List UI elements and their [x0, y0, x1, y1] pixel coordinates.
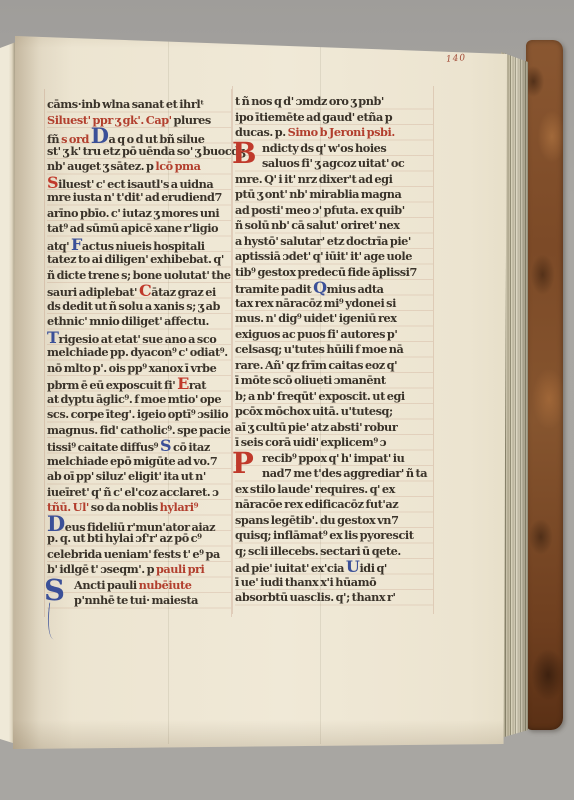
- text-segment: cāms·inb wlna sanat et ihrlᵗ: [47, 97, 204, 111]
- text-segment: ipo ītiemēte ad gaud' etña p: [235, 110, 392, 124]
- text-segment: ptū ʒ ont' nb' mirablia magna: [235, 187, 401, 201]
- text-line: ad posti' meo ɔ' pfuta. ex quib': [235, 203, 433, 219]
- text-segment: scs. corpe īteg'. igeio optī⁹ ɔsilio: [47, 407, 228, 421]
- text-line: a hystō' salutar' etz doctrīa pie': [235, 234, 433, 250]
- text-column-right: t ñ nos q d' ɔmdz oro ʒ pnb'ipo ītiemēte…: [235, 94, 433, 606]
- text-segment: arīno pbīo. c' iutaz ʒ mores uni: [47, 206, 219, 220]
- text-segment: exiguos ac puos fi' autores p': [235, 327, 397, 341]
- text-segment: tib⁹ gestox predecū fide āplissi7: [235, 265, 417, 279]
- text-line: mre iusta n' t'dit' ad erudiend7: [47, 190, 231, 206]
- text-line: nō mlto p'. ois pp⁹ xanox ī vrbe: [47, 361, 231, 377]
- text-segment: ad pie' iuitat' ex'cia: [235, 561, 346, 575]
- inline-initial: S: [160, 436, 171, 455]
- leather-cover-board: [526, 40, 563, 730]
- text-line: Precib⁹ ppox q' h' impat' iu: [235, 451, 433, 467]
- text-segment: absorbtū uasclis. q'; thanx r': [235, 590, 396, 604]
- inline-initial: E: [177, 374, 189, 393]
- text-column-left: cāms·inb wlna sanat et ihrlᵗSiluest' ppr…: [47, 97, 231, 609]
- text-line: b; a nb' freqūt' exposcit. ut egi: [235, 389, 433, 405]
- text-segment: Siluest' ppr ʒ gk'. Cap': [47, 113, 172, 127]
- text-line: ex stilo laude' requires. q' ex: [235, 482, 433, 498]
- text-segment: pbrm ē eū exposcuit fi': [47, 378, 177, 392]
- text-segment: ab oī pp' siluz' eligit' ita ut n': [47, 469, 206, 483]
- text-segment: aī ʒ cultū pie' atz absti' robur: [235, 420, 397, 434]
- text-line: tñū. Ul' so da noblis hylari⁹: [47, 500, 231, 516]
- text-line: st' ʒ k' tru etz pō uēnda so' ʒ buocdʒ: [47, 144, 231, 160]
- text-line: b' idlgē t' ɔseqm'. p pauli pri: [47, 562, 231, 578]
- text-line: nb' auget ʒ sātez. p lcō pma: [47, 159, 231, 175]
- text-segment: st' ʒ k' tru etz pō uēnda so' ʒ buocdʒ: [47, 144, 245, 158]
- text-segment: tissi⁹ caitate diffus⁹: [47, 440, 160, 454]
- inline-initial: Q: [313, 278, 327, 297]
- text-segment: p. q. ut bti hylai ɔf'r' az pō c⁹: [47, 531, 202, 545]
- text-segment: quisq; inflāmat⁹ ex lis pyorescit: [235, 528, 413, 542]
- text-segment: spans legētib'. du gestox vn7: [235, 513, 399, 527]
- text-segment: mre iusta n' t'dit' ad erudiend7: [47, 190, 222, 204]
- text-line: spans legētib'. du gestox vn7: [235, 513, 433, 529]
- text-segment: melchiade epō migūte ad vo.7: [47, 454, 217, 468]
- text-line: magnus. fid' catholic⁹. spe pacie: [47, 423, 231, 439]
- text-segment: at dyptu āglic⁹. f moe mtio' ope: [47, 392, 221, 406]
- text-segment: ex stilo laude' requires. q' ex: [235, 482, 395, 496]
- text-line: saluos fi' ʒ agcoz uitat' oc: [235, 156, 433, 172]
- text-segment: tatez to ai diligen' exhibebat. q': [47, 252, 224, 266]
- text-line: aī ʒ cultū pie' atz absti' robur: [235, 420, 433, 436]
- text-segment: pcōx mōchox uitā. u'tutesq;: [235, 404, 393, 418]
- text-line: ds dedit ut ñ solu a xanis s; ʒ ab: [47, 299, 231, 315]
- text-segment: ñ solū nb' cā salut' oriret' nex: [235, 218, 400, 232]
- text-segment: ñ dicte trene s; bone uolutat' the: [47, 268, 231, 282]
- text-segment: ndicty ds q' w'os hoies: [262, 141, 386, 155]
- text-line: q; scli illecebs. sectari ū qete.: [235, 544, 433, 560]
- text-segment: pauli pri: [156, 562, 204, 576]
- text-segment: ī seis corā uidi' explicem⁹ ɔ: [235, 435, 386, 449]
- inline-initial: C: [139, 281, 151, 300]
- text-segment: nubēiute: [139, 578, 192, 592]
- text-line: p'nnhē te tui· maiesta: [47, 593, 231, 609]
- text-segment: tax rex nāracōz mi⁹ ydonei si: [235, 296, 396, 310]
- inline-initial: S: [47, 173, 58, 192]
- text-line: melchiade epō migūte ad vo.7: [47, 454, 231, 470]
- text-segment: t ñ nos q d' ɔmdz oro ʒ pnb': [235, 94, 384, 108]
- text-line: fñ s ord Da q o d ut bñ silue: [47, 128, 231, 144]
- text-segment: idi q': [359, 561, 386, 575]
- text-segment: Simo b Jeroni psbi.: [288, 125, 395, 139]
- text-line: Siluest' c' ect isautl's a uidna: [47, 175, 231, 191]
- text-line: tissi⁹ caitate diffus⁹ S cō itaz: [47, 438, 231, 454]
- text-segment: Ancti pauli: [74, 578, 139, 592]
- text-segment: iluest' c' ect isautl's a uidna: [58, 177, 213, 191]
- text-segment: b; a nb' freqūt' exposcit. ut egi: [235, 389, 405, 403]
- text-segment: ī mōte scō oliueti ɔmanēnt: [235, 373, 386, 387]
- text-line: Bndicty ds q' w'os hoies: [235, 141, 433, 157]
- text-line: sauri adiplebat' Cātaz graz ei: [47, 283, 231, 299]
- text-line: celsasq; u'tutes hūili f moe nā: [235, 342, 433, 358]
- text-segment: q; scli illecebs. sectari ū qete.: [235, 544, 401, 558]
- text-segment: rigesio at etat' sue ano a sco: [58, 332, 216, 346]
- text-line: nāracōe rex edificacōz fut'az: [235, 497, 433, 513]
- text-line: tatez to ai diligen' exhibebat. q': [47, 252, 231, 268]
- text-line: exiguos ac puos fi' autores p': [235, 327, 433, 343]
- text-segment: lcō pma: [155, 159, 200, 173]
- text-segment: ātaz graz ei: [151, 285, 216, 299]
- text-segment: recib⁹ ppox q' h' impat' iu: [262, 451, 404, 465]
- text-line: Trigesio at etat' sue ano a sco: [47, 330, 231, 346]
- text-segment: p'nnhē te tui· maiesta: [74, 593, 198, 607]
- manuscript-page: 140 cāms·inb wlna sanat et ihrlᵗSiluest'…: [13, 30, 507, 750]
- text-segment: tat⁹ ad sūmū apicē xane r'ligio: [47, 221, 218, 235]
- text-segment: tramite padit: [235, 282, 313, 296]
- text-line: ducas. p. Simo b Jeroni psbi.: [235, 125, 433, 141]
- text-segment: nāracōe rex edificacōz fut'az: [235, 497, 398, 511]
- text-line: ipo ītiemēte ad gaud' etña p: [235, 110, 433, 126]
- text-segment: aptissiā ɔdet' q' iūit' it' age uole: [235, 249, 412, 263]
- text-line: melchiade pp. dyacon⁹ c' odiat⁹.: [47, 345, 231, 361]
- text-segment: hylari⁹: [160, 500, 198, 514]
- text-segment: ds dedit ut ñ solu a xanis s; ʒ ab: [47, 299, 220, 313]
- text-segment: mre. Q' i it' nrz dixer't ad egi: [235, 172, 392, 186]
- text-line: ad pie' iuitat' ex'cia Uidi q': [235, 559, 433, 575]
- text-line: SAncti pauli nubēiute: [47, 578, 231, 594]
- text-segment: ethnic' mnio diliget' affectu.: [47, 314, 209, 328]
- folio-number: 140: [446, 53, 467, 65]
- text-line: t ñ nos q d' ɔmdz oro ʒ pnb': [235, 94, 433, 110]
- text-segment: saluos fi' ʒ agcoz uitat' oc: [262, 156, 404, 170]
- text-segment: mus. n' dig⁹ uidet' igeniū rex: [235, 311, 397, 325]
- text-line: mus. n' dig⁹ uidet' igeniū rex: [235, 311, 433, 327]
- text-segment: sauri adiplebat': [47, 285, 139, 299]
- text-segment: so da noblis: [91, 500, 160, 514]
- text-segment: a hystō' salutar' etz doctrīa pie': [235, 234, 411, 248]
- text-segment: celebrida ueniam' fests t' e⁹ pa: [47, 547, 220, 561]
- text-line: Deus fideliū r'mun'ator aiaz: [47, 516, 231, 532]
- text-line: quisq; inflāmat⁹ ex lis pyorescit: [235, 528, 433, 544]
- text-segment: nb' auget ʒ sātez. p: [47, 159, 155, 173]
- text-line: celebrida ueniam' fests t' e⁹ pa: [47, 547, 231, 563]
- inline-initial: U: [346, 557, 360, 576]
- text-line: absorbtū uasclis. q'; thanx r': [235, 590, 433, 606]
- text-segment: celsasq; u'tutes hūili f moe nā: [235, 342, 403, 356]
- text-segment: mius adta: [327, 282, 384, 296]
- text-segment: actus niueis hospitali: [82, 239, 205, 253]
- text-line: p. q. ut bti hylai ɔf'r' az pō c⁹: [47, 531, 231, 547]
- text-line: tax rex nāracōz mi⁹ ydonei si: [235, 296, 433, 312]
- text-segment: nad7 me t'des aggrediar' ñ ta: [262, 466, 427, 480]
- text-line: ī ue' iudi thanx x'i hūamō: [235, 575, 433, 591]
- text-segment: rat: [189, 378, 206, 392]
- text-line: ī seis corā uidi' explicem⁹ ɔ: [235, 435, 433, 451]
- text-line: ab oī pp' siluz' eligit' ita ut n': [47, 469, 231, 485]
- text-segment: cō itaz: [171, 440, 210, 454]
- text-line: nad7 me t'des aggrediar' ñ ta: [235, 466, 433, 482]
- text-line: cāms·inb wlna sanat et ihrlᵗ: [47, 97, 231, 113]
- text-segment: ad posti' meo ɔ' pfuta. ex quib': [235, 203, 405, 217]
- text-segment: melchiade pp. dyacon⁹ c' odiat⁹.: [47, 345, 228, 359]
- text-segment: nō mlto p'. ois pp⁹ xanox ī vrbe: [47, 361, 216, 375]
- photo-background: 140 cāms·inb wlna sanat et ihrlᵗSiluest'…: [0, 0, 574, 800]
- text-line: pcōx mōchox uitā. u'tutesq;: [235, 404, 433, 420]
- text-segment: ī ue' iudi thanx x'i hūamō: [235, 575, 376, 589]
- text-line: aptissiā ɔdet' q' iūit' it' age uole: [235, 249, 433, 265]
- text-line: at dyptu āglic⁹. f moe mtio' ope: [47, 392, 231, 408]
- text-line: Siluest' ppr ʒ gk'. Cap' plures: [47, 113, 231, 129]
- text-line: iueīret' q' ñ c' el'coz acclaret. ɔ: [47, 485, 231, 501]
- text-line: atq' Factus niueis hospitali: [47, 237, 231, 253]
- text-line: arīno pbīo. c' iutaz ʒ mores uni: [47, 206, 231, 222]
- text-line: ptū ʒ ont' nb' mirablia magna: [235, 187, 433, 203]
- text-segment: magnus. fid' catholic⁹. spe pacie: [47, 423, 230, 437]
- text-line: scs. corpe īteg'. igeio optī⁹ ɔsilio: [47, 407, 231, 423]
- text-segment: iueīret' q' ñ c' el'coz acclaret. ɔ: [47, 485, 219, 499]
- text-line: pbrm ē eū exposcuit fi' Erat: [47, 376, 231, 392]
- text-line: ī mōte scō oliueti ɔmanēnt: [235, 373, 433, 389]
- inline-initial: T: [47, 328, 58, 347]
- text-line: mre. Q' i it' nrz dixer't ad egi: [235, 172, 433, 188]
- text-line: rare. Añ' qz frīm caitas eoz q': [235, 358, 433, 374]
- text-segment: atq': [47, 239, 71, 253]
- text-line: ethnic' mnio diliget' affectu.: [47, 314, 231, 330]
- text-segment: plures: [172, 113, 211, 127]
- text-line: ñ solū nb' cā salut' oriret' nex: [235, 218, 433, 234]
- text-line: tramite padit Qmius adta: [235, 280, 433, 296]
- text-line: tib⁹ gestox predecū fide āplissi7: [235, 265, 433, 281]
- inline-initial: F: [71, 235, 82, 254]
- text-segment: rare. Añ' qz frīm caitas eoz q': [235, 358, 397, 372]
